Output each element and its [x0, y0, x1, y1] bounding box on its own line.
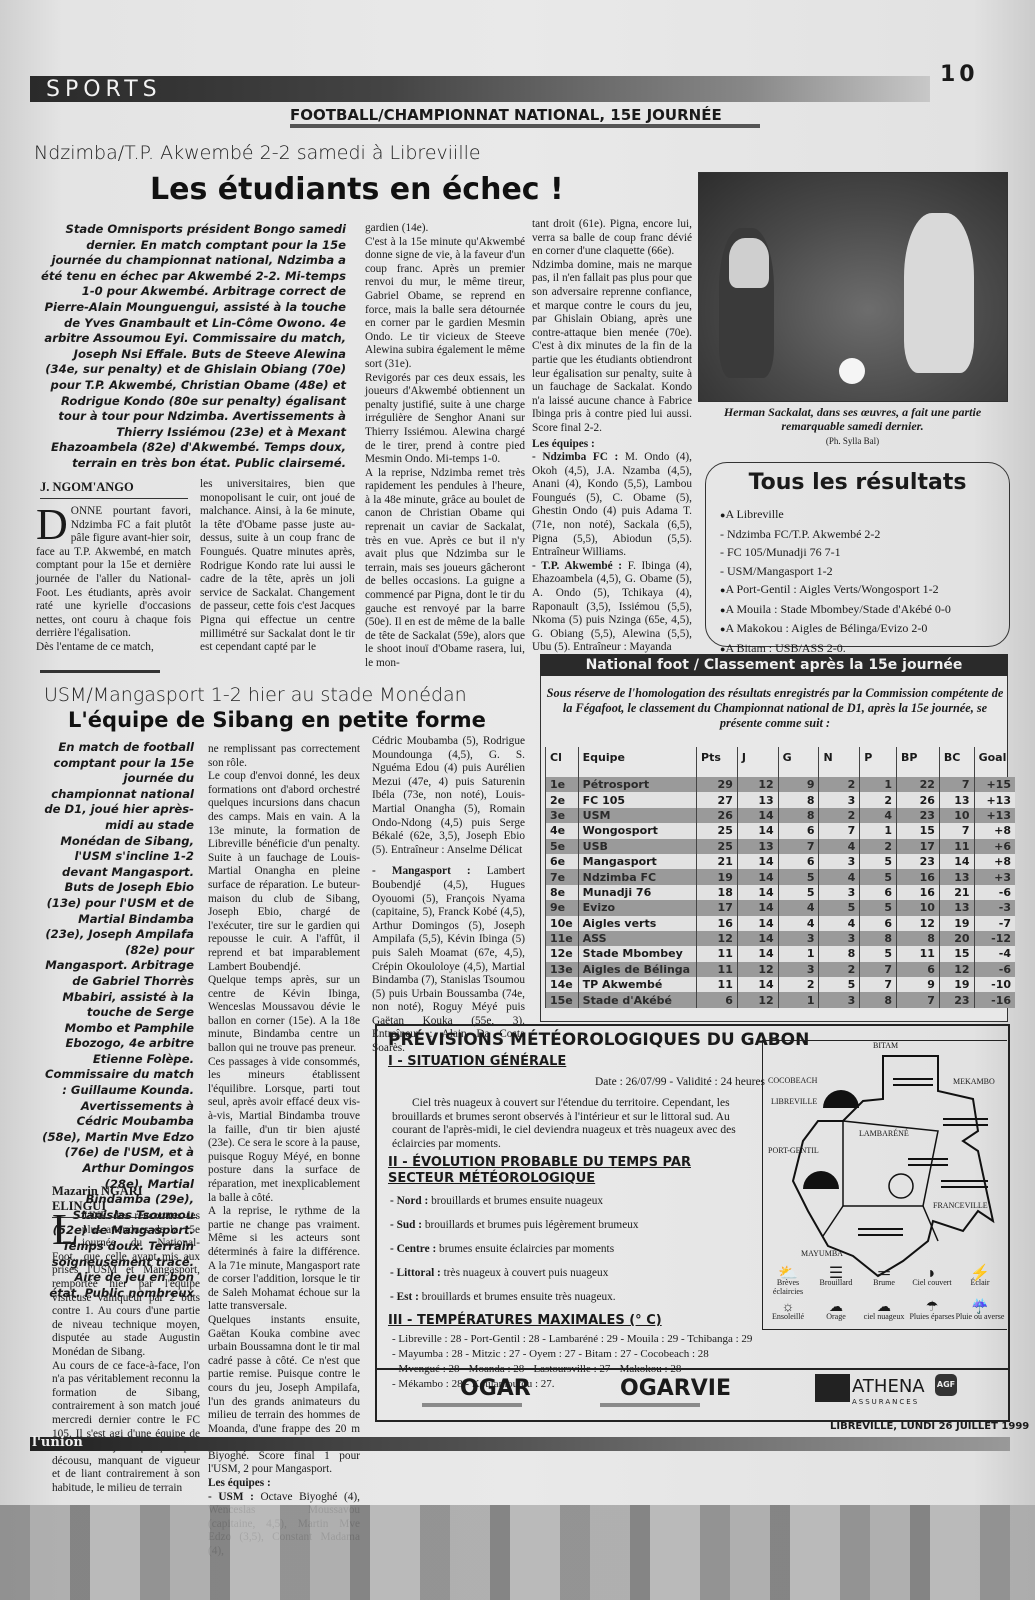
athena-logo [815, 1374, 850, 1402]
ad-divider [377, 1368, 1008, 1370]
table-row: 2eFC 10527138322613+13 [546, 792, 1016, 807]
scattered-rain-icon: ☂Pluies éparses [907, 1303, 957, 1321]
article1-column-4: tant droit (61e). Pigna, encore lui, ver… [532, 218, 692, 655]
map-label-lambarene: LAMBARÉNÉ [859, 1129, 909, 1138]
section-title: FOOTBALL/CHAMPIONNAT NATIONAL, 15E JOURN… [290, 106, 722, 124]
standings-intro: Sous réserve de l'homologation des résul… [545, 686, 1005, 731]
result-item: A Mouila : Stade Mbombey/Stade d'Akébé 0… [720, 600, 951, 620]
match-photo [698, 172, 1008, 402]
table-row: 12eStade Mbombey11141851115-4 [546, 946, 1016, 961]
sector-littoral: - Littoral : très nuageux à couvert puis… [390, 1267, 760, 1291]
standings-title: National foot / Classement après la 15e … [540, 654, 1008, 676]
partly-sunny-icon: ⛅Brèves éclaircies [763, 1269, 813, 1296]
article2-column-1: L'UNE des rencontres les plus attendues … [52, 1210, 200, 1495]
standings-body: 1ePétrosport2912921227+152eFC 1052713832… [546, 777, 1016, 1008]
table-row: 10eAigles verts16144461219-7 [546, 916, 1016, 931]
sector-centre: - Centre : brumes ensuite éclaircies par… [390, 1243, 760, 1267]
article1-column-1: DONNE pourtant favori, Ndzimba FC a fait… [36, 505, 191, 655]
agf-logo: AGF [935, 1374, 957, 1396]
section-label: SPORTS [46, 77, 162, 102]
map-label-bitam: BITAM [873, 1041, 898, 1050]
table-row: 3eUSM26148242310+13 [546, 808, 1016, 823]
article2-headline: L'équipe de Sibang en petite forme [68, 708, 486, 732]
ad-ogar: OGAR [460, 1376, 531, 1401]
standings-table: Cl Equipe Pts J G N P BP BC Goal 1ePétro… [545, 747, 1015, 1008]
ball [839, 358, 865, 384]
article1-chapeau: Stade Omnisports président Bongo samedi … [36, 222, 346, 472]
ad-ogarvie: OGARVIE [620, 1376, 731, 1401]
footer-bar [30, 1437, 1010, 1451]
results-list: A Libreville - Ndzimba FC/T.P. Akwembé 2… [720, 505, 951, 658]
result-item: - FC 105/Munadji 76 7-1 [720, 543, 951, 562]
weather-section-2-heading: II - ÉVOLUTION PROBABLE DU TEMPS PAR SEC… [388, 1155, 758, 1187]
sector-sud: - Sud : brouillards et brumes puis légèr… [390, 1219, 760, 1243]
map-label-libreville: LIBREVILLE [771, 1097, 817, 1106]
newspaper-brand: l'union [32, 1435, 83, 1450]
rain-shower-icon: ☔Pluie ou averse [955, 1303, 1005, 1321]
table-header-row: Cl Equipe Pts J G N P BP BC Goal [546, 747, 1016, 777]
table-row: 6eMangasport21146352314+8 [546, 854, 1016, 869]
photo-caption: Herman Sackalat, dans ses œuvres, a fait… [700, 405, 1005, 433]
article1-byline: J. NGOM'ANGO [40, 480, 188, 499]
table-row: 1ePétrosport2912921227+15 [546, 777, 1016, 792]
map-label-mayumba: MAYUMBA [801, 1249, 843, 1258]
map-label-mekambo: MEKAMBO [953, 1077, 995, 1086]
gabon-weather-map: BITAM COCOBEACH LIBREVILLE MEKAMBO LAMBA… [762, 1040, 1007, 1330]
overcast-icon: ◗Ciel couvert [907, 1269, 957, 1287]
weather-date: Date : 26/07/99 - Validité : 24 heures [595, 1076, 765, 1088]
weather-general-text: Ciel très nuageux à couvert sur l'étendu… [392, 1097, 762, 1151]
table-row: 15eStade d'Akébé612138723-16 [546, 992, 1016, 1007]
sunny-icon: ☼Ensoleillé [763, 1303, 813, 1321]
footer-dateline: LIBREVILLE, LUNDI 26 JUILLET 1999 [830, 1421, 1029, 1432]
article1-headline: Les étudiants en échec ! [150, 172, 564, 207]
lightning-icon: ⚡Éclair [955, 1269, 1005, 1287]
weather-title: PRÉVISIONS MÉTÉOROLOGIQUES DU GABON [388, 1030, 809, 1050]
page-number: 10 [940, 62, 979, 87]
weather-sectors: - Nord : brouillards et brumes ensuite n… [390, 1195, 760, 1311]
section-bar [30, 76, 930, 102]
article1-column-3: gardien (14e). C'est à la 15e minute qu'… [365, 222, 525, 671]
article1-kicker: Ndzimba/T.P. Akwembé 2-2 samedi à Librev… [34, 142, 481, 164]
scan-edge [0, 1505, 1035, 1600]
table-row: 13eAigles de Bélinga1112327612-6 [546, 962, 1016, 977]
table-row: 14eTP Akwembé1114257919-10 [546, 977, 1016, 992]
section-title-rule [290, 124, 760, 128]
results-title: Tous les résultats [705, 470, 1010, 495]
map-label-franceville: FRANCEVILLE [933, 1201, 988, 1210]
article2-column-3: Cédric Moubamba (5), Rodrigue Moundounga… [372, 735, 525, 1056]
storm-icon: ☁Orage [811, 1303, 861, 1321]
result-item: A Libreville [720, 505, 951, 525]
result-item: - USM/Mangasport 1-2 [720, 562, 951, 581]
table-row: 8eMunadji 7618145361621-6 [546, 885, 1016, 900]
weather-section-1-heading: I - SITUATION GÉNÉRALE [388, 1054, 566, 1069]
newspaper-page: SPORTS 10 FOOTBALL/CHAMPIONNAT NATIONAL,… [0, 0, 1035, 1600]
table-row: 4eWongosport2514671157+8 [546, 823, 1016, 838]
sector-est: - Est : brouillards et brumes ensuite tr… [390, 1291, 760, 1311]
sector-nord: - Nord : brouillards et brumes ensuite n… [390, 1195, 760, 1219]
photo-credit: (Ph. Sylla Bal) [700, 436, 1005, 446]
article1-column-2: les universitaires, bien que monopolisan… [200, 478, 355, 655]
weather-section-3-heading: III - TEMPÉRATURES MAXIMALES (° C) [388, 1313, 662, 1328]
article2-kicker: USM/Mangasport 1-2 hier au stade Monédan [44, 684, 467, 706]
dropcap: D [36, 507, 68, 543]
table-row: 7eNdzimba FC19145451613+3 [546, 869, 1016, 884]
cloudy-icon: ☁ciel nuageux [859, 1303, 909, 1321]
table-row: 9eEvizo17144551013-3 [546, 900, 1016, 915]
rule [40, 670, 160, 673]
result-item: A Makokou : Aigles de Bélinga/Evizo 2-0 [720, 619, 951, 639]
map-label-cocobeach: COCOBEACH [768, 1076, 817, 1085]
result-item: - Ndzimba FC/T.P. Akwembé 2-2 [720, 525, 951, 544]
mist-icon: ═Brume [859, 1269, 909, 1287]
table-row: 5eUSB25137421711+6 [546, 839, 1016, 854]
result-item: A Port-Gentil : Aigles Verts/Wongosport … [720, 580, 951, 600]
ad-athena: ATHENA [852, 1376, 925, 1397]
teams-label: Les équipes : [532, 438, 692, 452]
table-row: 11eASS1214338820-12 [546, 931, 1016, 946]
map-label-port-gentil: PORT-GENTIL [768, 1146, 819, 1155]
dropcap: L [52, 1212, 79, 1248]
fog-icon: ☰Brouillard [811, 1269, 861, 1287]
